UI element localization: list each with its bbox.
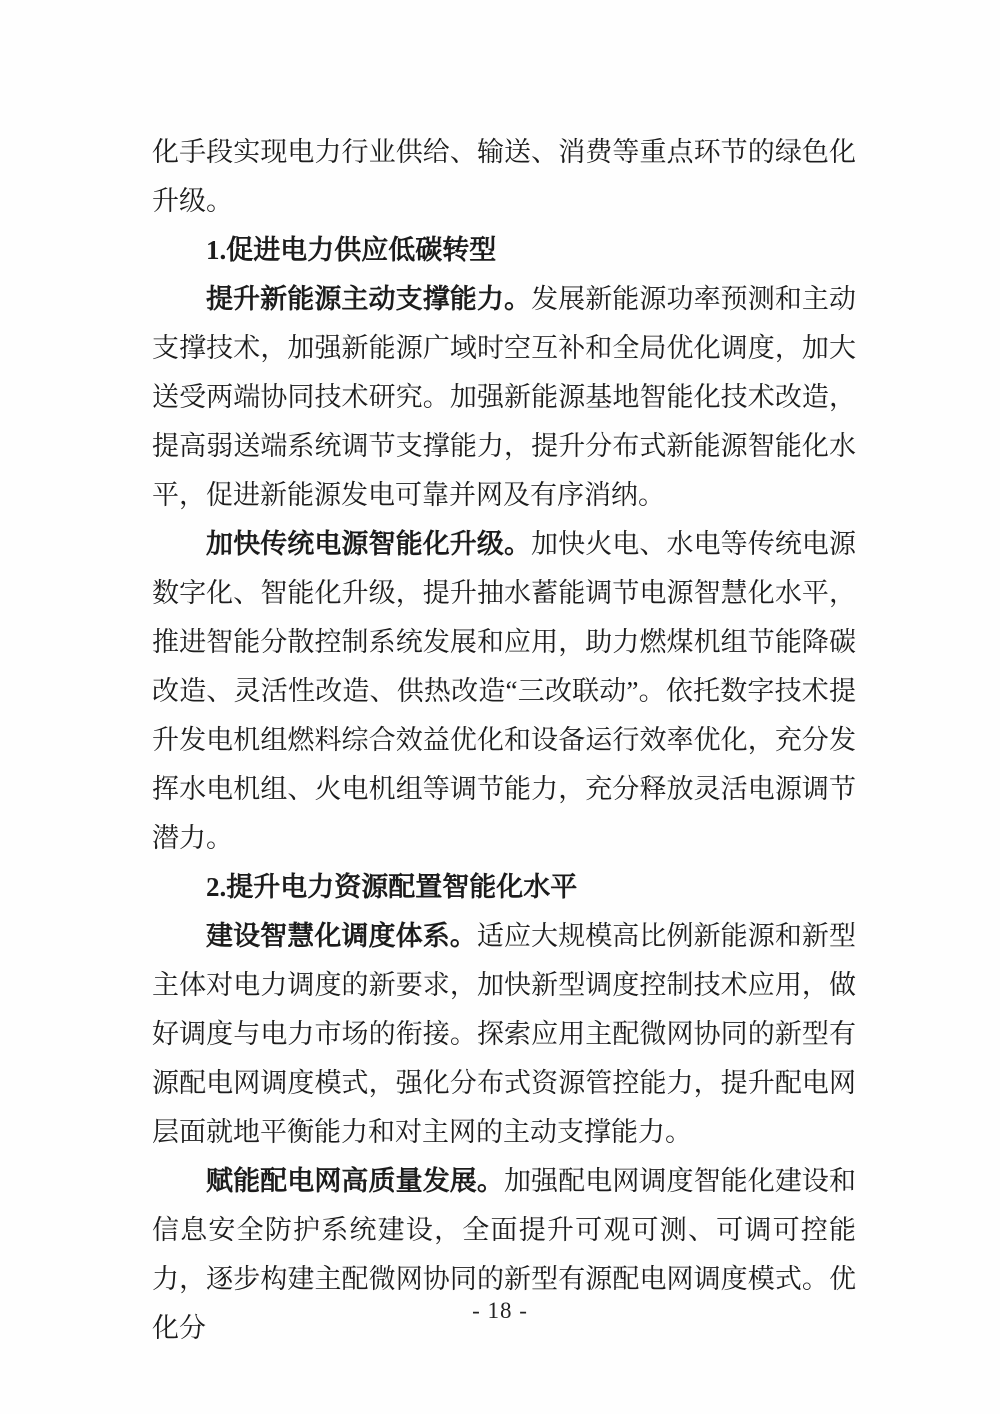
document-body: 化手段实现电力行业供给、输送、消费等重点环节的绿色化升级。1.促进电力供应低碳转… <box>152 128 856 1353</box>
page-footer: - 18 - <box>0 1298 1000 1324</box>
page-number: - 18 - <box>472 1298 528 1323</box>
paragraph-text: 发展新能源功率预测和主动支撑技术，加强新能源广域时空互补和全局优化调度，加大送受… <box>152 284 856 510</box>
paragraph: 加快传统电源智能化升级。加快火电、水电等传统电源数字化、智能化升级，提升抽水蓄能… <box>152 520 856 863</box>
paragraph-text: 1.促进电力供应低碳转型 <box>206 235 496 265</box>
paragraph-text: 化手段实现电力行业供给、输送、消费等重点环节的绿色化升级。 <box>152 137 856 216</box>
paragraph-lead: 提升新能源主动支撑能力。 <box>206 284 531 314</box>
paragraph-text: 适应大规模高比例新能源和新型主体对电力调度的新要求，加快新型调度控制技术应用，做… <box>152 921 856 1147</box>
section-heading: 1.促进电力供应低碳转型 <box>152 226 856 275</box>
paragraph: 提升新能源主动支撑能力。发展新能源功率预测和主动支撑技术，加强新能源广域时空互补… <box>152 275 856 520</box>
paragraph: 化手段实现电力行业供给、输送、消费等重点环节的绿色化升级。 <box>152 128 856 226</box>
document-page: 化手段实现电力行业供给、输送、消费等重点环节的绿色化升级。1.促进电力供应低碳转… <box>0 0 1000 1414</box>
paragraph: 建设智慧化调度体系。适应大规模高比例新能源和新型主体对电力调度的新要求，加快新型… <box>152 912 856 1157</box>
paragraph-lead: 建设智慧化调度体系。 <box>206 921 477 951</box>
paragraph-lead: 加快传统电源智能化升级。 <box>206 529 531 559</box>
section-heading: 2.提升电力资源配置智能化水平 <box>152 863 856 912</box>
paragraph-lead: 赋能配电网高质量发展。 <box>206 1166 504 1196</box>
paragraph-text: 2.提升电力资源配置智能化水平 <box>206 872 577 902</box>
paragraph-text: 加快火电、水电等传统电源数字化、智能化升级，提升抽水蓄能调节电源智慧化水平，推进… <box>152 529 856 853</box>
